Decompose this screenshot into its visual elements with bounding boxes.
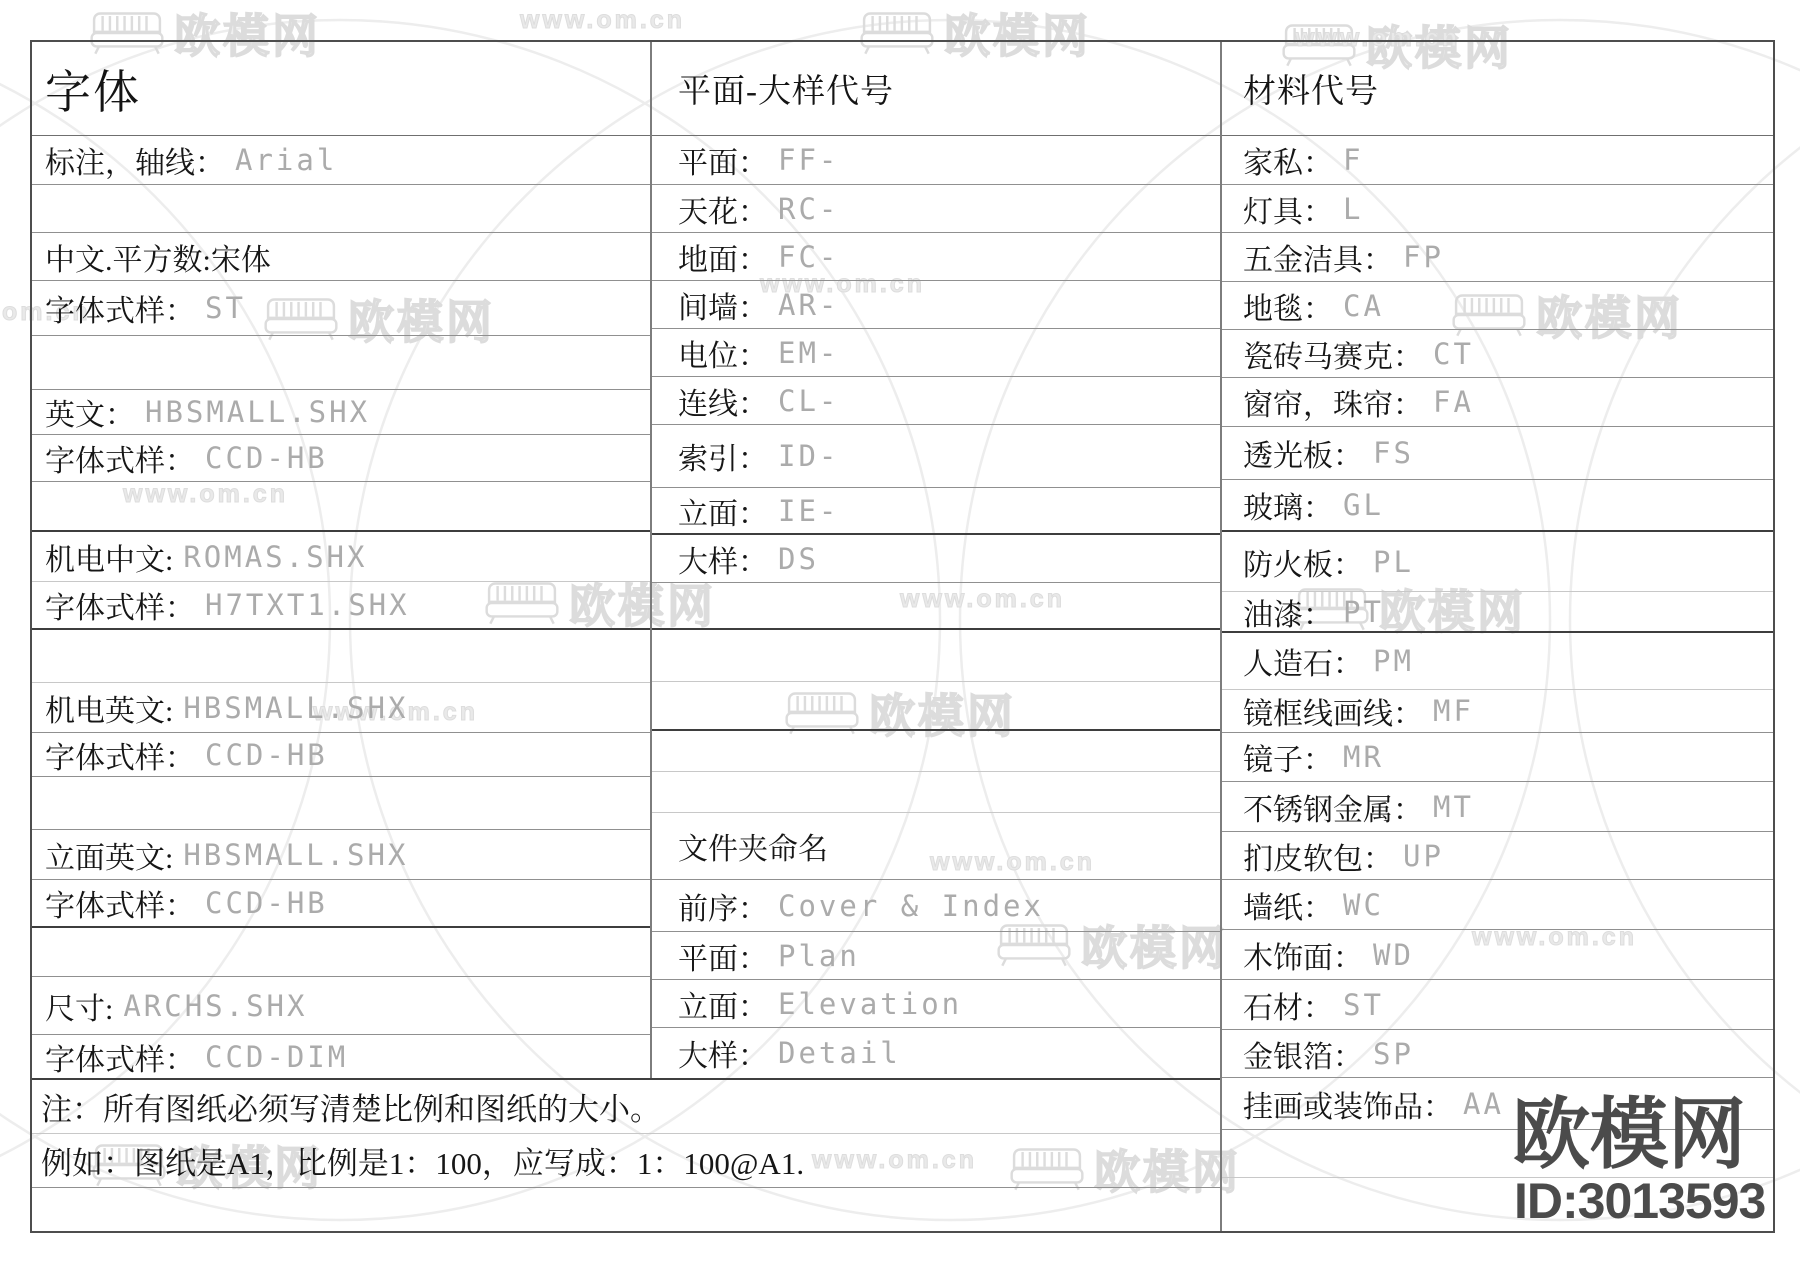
table-row: 机电中文:ROMAS.SHX — [32, 532, 650, 582]
row-value: UP — [1403, 839, 1444, 873]
table-row-empty — [652, 772, 1220, 813]
table-row: 天花：RC- — [652, 185, 1220, 233]
table-row: 平面：FF- — [652, 136, 1220, 185]
row-label: 镜框线画线： — [1243, 690, 1423, 733]
row-value: CCD-HB — [205, 738, 328, 772]
row-label: 机电中文: — [45, 535, 173, 579]
row-value: WD — [1373, 938, 1414, 972]
table-row: 家私：F — [1222, 136, 1773, 185]
table-row: 不锈钢金属：MT — [1222, 782, 1773, 832]
note-row-2: 例如：图纸是A1，比例是1：100，应写成：1：100@A1. — [32, 1134, 1220, 1188]
row-value: Cover & Index — [778, 889, 1044, 923]
table-row: 字体式样：CCD-DIM — [32, 1035, 650, 1078]
table-row: 中文.平方数:宋体 — [32, 233, 650, 281]
row-value: CCD-HB — [205, 886, 328, 920]
table-row-empty — [652, 630, 1220, 682]
row-label: 窗帘，珠帘： — [1243, 380, 1423, 424]
table-row-empty — [32, 185, 650, 233]
row-label: 不锈钢金属： — [1243, 785, 1423, 829]
table-row: 立面英文:HBSMALL.SHX — [32, 830, 650, 880]
row-value: HBSMALL.SHX — [183, 838, 408, 872]
row-value: Plan — [778, 939, 860, 973]
fonts-header: 字体 — [45, 56, 141, 122]
row-label: 油漆： — [1243, 592, 1333, 633]
table-row: 立面：Elevation — [652, 980, 1220, 1028]
row-value: CCD-HB — [205, 441, 328, 475]
table-row-empty — [32, 928, 650, 977]
watermark-url: www.om.cn — [520, 6, 685, 35]
row-value: H7TXT1.SHX — [205, 588, 410, 622]
table-row-empty — [652, 731, 1220, 772]
row-label: 立面： — [678, 982, 768, 1026]
table-row: 大样：DS — [652, 535, 1220, 583]
row-value: HBSMALL.SHX — [145, 395, 370, 429]
row-label: 地毯： — [1243, 284, 1333, 328]
row-value: FF- — [778, 143, 839, 177]
row-label: 扪皮软包： — [1243, 834, 1393, 878]
row-value: HBSMALL.SHX — [183, 691, 408, 725]
row-label: 中文.平方数:宋体 — [45, 235, 271, 279]
table-row: 五金洁具：FP — [1222, 233, 1773, 282]
fonts-column: 字体 标注，轴线：Arial 中文.平方数:宋体 字体式样：ST 英文：HBSM… — [32, 42, 650, 1078]
row-label: 连线： — [678, 379, 768, 423]
row-label: 五金洁具： — [1243, 235, 1393, 279]
row-value: FS — [1373, 436, 1414, 470]
row-value: MR — [1343, 740, 1384, 774]
material-codes-header-row: 材料代号 — [1222, 42, 1773, 136]
row-value: EM- — [778, 336, 839, 370]
row-label: 字体式样： — [45, 1035, 195, 1078]
table-row: 索引：ID- — [652, 425, 1220, 488]
row-label: 字体式样： — [45, 583, 195, 627]
table-row: 平面：Plan — [652, 932, 1220, 980]
row-value: RC- — [778, 192, 839, 226]
row-value: ROMAS.SHX — [183, 540, 367, 574]
table-row: 字体式样：CCD-HB — [32, 435, 650, 482]
table-row: 字体式样：H7TXT1.SHX — [32, 582, 650, 630]
table-row: 扪皮软包：UP — [1222, 832, 1773, 880]
plan-codes-header: 平面-大样代号 — [678, 65, 894, 112]
row-label: 字体式样： — [45, 286, 195, 330]
row-label: 英文： — [45, 390, 135, 434]
table-row-empty — [652, 583, 1220, 630]
row-label: 地面： — [678, 235, 768, 279]
row-label: 灯具： — [1243, 187, 1333, 231]
row-value: ST — [1343, 988, 1384, 1022]
table-row: 字体式样：CCD-HB — [32, 880, 650, 928]
table-row: 标注，轴线：Arial — [32, 136, 650, 185]
row-value: FC- — [778, 240, 839, 274]
table-row: 连线：CL- — [652, 377, 1220, 425]
table-row: 字体式样：CCD-HB — [32, 733, 650, 777]
note-section: 注：所有图纸必须写清楚比例和图纸的大小。 例如：图纸是A1，比例是1：100，应… — [32, 1078, 1220, 1231]
table-row: 金银箔：SP — [1222, 1030, 1773, 1078]
material-codes-header: 材料代号 — [1243, 65, 1379, 112]
row-value: PM — [1373, 644, 1414, 678]
row-label: 平面： — [678, 138, 768, 182]
row-value: FA — [1433, 385, 1474, 419]
table-row: 间墙：AR- — [652, 281, 1220, 329]
table-row-empty — [32, 482, 650, 532]
table-row-empty — [32, 777, 650, 830]
row-value: GL — [1343, 488, 1384, 522]
row-value: MF — [1433, 694, 1474, 728]
row-value: L — [1343, 192, 1363, 226]
row-value: PL — [1373, 545, 1414, 579]
row-value: ARCHS.SHX — [123, 989, 307, 1023]
row-label: 平面： — [678, 934, 768, 978]
row-value: AR- — [778, 288, 839, 322]
table-row-empty — [32, 336, 650, 390]
row-label: 字体式样： — [45, 881, 195, 925]
row-value: DS — [778, 542, 819, 576]
row-label: 木饰面： — [1243, 933, 1363, 977]
table-row-empty — [652, 682, 1220, 731]
row-value: Detail — [778, 1036, 901, 1070]
row-label: 标注，轴线： — [45, 138, 225, 182]
row-label: 字体式样： — [45, 436, 195, 480]
row-label: 金银箔： — [1243, 1032, 1363, 1076]
table-row: 电位：EM- — [652, 329, 1220, 377]
row-value: F — [1343, 143, 1363, 177]
note-row-1: 注：所有图纸必须写清楚比例和图纸的大小。 — [32, 1080, 1220, 1134]
note-line-2: 例如：图纸是A1，比例是1：100，应写成：1：100@A1. — [41, 1138, 804, 1183]
table-row: 木饰面：WD — [1222, 930, 1773, 980]
row-label: 玻璃： — [1243, 483, 1333, 527]
row-value: ST — [205, 291, 246, 325]
row-value: WC — [1343, 888, 1384, 922]
table-row: 人造石：PM — [1222, 633, 1773, 690]
row-value: PT — [1343, 595, 1384, 629]
row-label: 机电英文: — [45, 686, 173, 730]
row-value: AA — [1463, 1087, 1504, 1121]
row-label: 墙纸： — [1243, 883, 1333, 927]
fonts-header-row: 字体 — [32, 42, 650, 136]
row-label: 大样： — [678, 537, 768, 581]
row-label: 石材： — [1243, 983, 1333, 1027]
table-row: 大样：Detail — [652, 1028, 1220, 1078]
table-row: 地毯：CA — [1222, 282, 1773, 330]
table-row: 石材：ST — [1222, 980, 1773, 1030]
table-row: 油漆：PT — [1222, 592, 1773, 633]
row-label: 立面英文: — [45, 833, 173, 877]
table-row: 尺寸:ARCHS.SHX — [32, 977, 650, 1035]
row-label: 尺寸: — [45, 984, 113, 1028]
row-value: Arial — [235, 143, 337, 177]
table-row: 灯具：L — [1222, 185, 1773, 233]
row-label: 间墙： — [678, 283, 768, 327]
row-value: CL- — [778, 384, 839, 418]
table-row: 防火板：PL — [1222, 532, 1773, 592]
site-id-watermark: ID:3013593 — [1514, 1172, 1765, 1230]
row-value: CCD-DIM — [205, 1040, 348, 1074]
table-row: 地面：FC- — [652, 233, 1220, 281]
folder-naming-header: 文件夹命名 — [678, 824, 828, 868]
row-value: ID- — [778, 439, 839, 473]
row-value: SP — [1373, 1037, 1414, 1071]
row-label: 透光板： — [1243, 431, 1363, 475]
row-value: Elevation — [778, 987, 962, 1021]
row-value: FP — [1403, 240, 1444, 274]
table-row: 窗帘，珠帘：FA — [1222, 378, 1773, 427]
row-label: 字体式样： — [45, 733, 195, 777]
note-line-1: 注：所有图纸必须写清楚比例和图纸的大小。 — [41, 1084, 661, 1129]
row-label: 人造石： — [1243, 639, 1363, 683]
row-label: 天花： — [678, 187, 768, 231]
table-row: 墙纸：WC — [1222, 880, 1773, 930]
row-label: 立面： — [678, 489, 768, 533]
site-watermark: 欧模网 — [1512, 1072, 1746, 1184]
table-row: 字体式样：ST — [32, 281, 650, 336]
table-row: 透光板：FS — [1222, 427, 1773, 480]
cad-standards-sheet: 欧模网 欧模网 欧模网 欧模网 欧模网 欧模网 欧模网 欧模网 欧模网 欧模网 … — [0, 0, 1800, 1272]
row-value: MT — [1433, 790, 1474, 824]
row-label: 前序： — [678, 884, 768, 928]
plan-codes-column: 平面-大样代号 平面：FF- 天花：RC- 地面：FC- 间墙：AR- 电位：E… — [652, 42, 1220, 1078]
row-label: 瓷砖马赛克： — [1243, 332, 1423, 376]
table-row-empty — [32, 630, 650, 683]
row-label: 家私： — [1243, 138, 1333, 182]
row-value: CA — [1343, 289, 1384, 323]
table-row: 文件夹命名 — [652, 813, 1220, 880]
table-row: 英文：HBSMALL.SHX — [32, 390, 650, 435]
row-label: 电位： — [678, 331, 768, 375]
row-value: CT — [1433, 337, 1474, 371]
material-codes-column: 材料代号 家私：F 灯具：L 五金洁具：FP 地毯：CA 瓷砖马赛克：CT 窗帘… — [1222, 42, 1773, 1231]
table-row: 镜子：MR — [1222, 733, 1773, 782]
row-label: 防火板： — [1243, 540, 1363, 584]
row-label: 索引： — [678, 434, 768, 478]
table-row: 机电英文:HBSMALL.SHX — [32, 683, 650, 733]
row-label: 大样： — [678, 1031, 768, 1075]
table-row: 立面：IE- — [652, 488, 1220, 535]
table-row: 瓷砖马赛克：CT — [1222, 330, 1773, 378]
table-row-empty — [32, 1188, 1220, 1231]
row-value: IE- — [778, 494, 839, 528]
plan-codes-header-row: 平面-大样代号 — [652, 42, 1220, 136]
table-row: 玻璃：GL — [1222, 480, 1773, 532]
row-label: 挂画或装饰品： — [1243, 1082, 1453, 1126]
row-label: 镜子： — [1243, 735, 1333, 779]
table-row: 镜框线画线：MF — [1222, 690, 1773, 733]
table-row: 前序：Cover & Index — [652, 880, 1220, 932]
